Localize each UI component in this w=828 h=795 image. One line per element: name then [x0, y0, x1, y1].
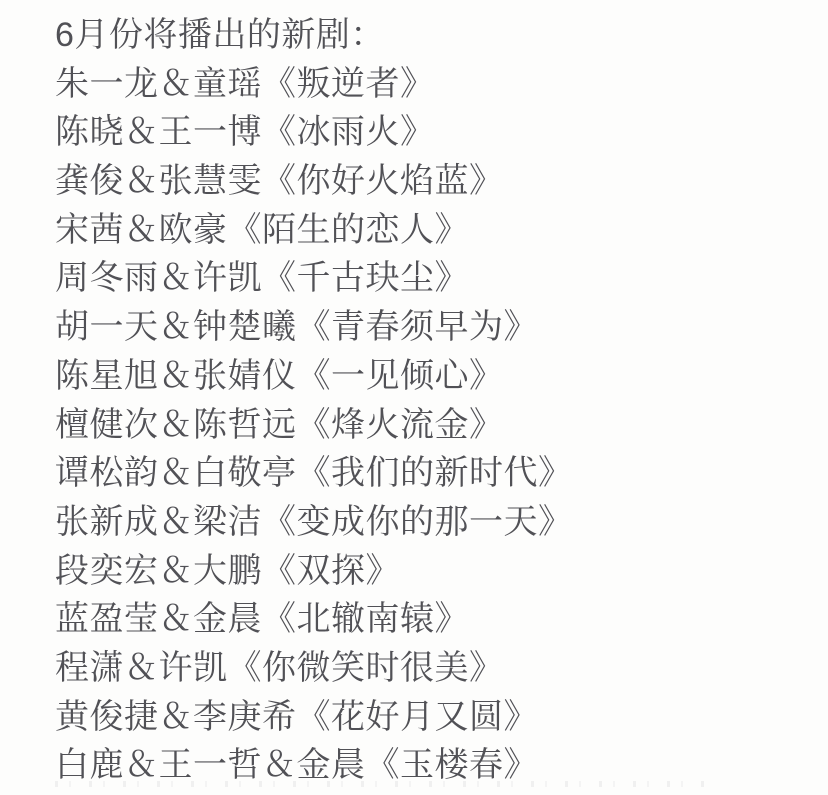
- cast-names: 宋茜＆欧豪: [55, 211, 228, 249]
- drama-title: 《变成你的那一天》: [262, 503, 573, 541]
- drama-title: 《千古玦尘》: [262, 259, 469, 297]
- drama-list-item: 程潇＆许凯《你微笑时很美》: [55, 644, 808, 693]
- list-heading: 6月份将播出的新剧：: [55, 11, 808, 60]
- drama-list-item: 张新成＆梁洁《变成你的那一天》: [55, 498, 808, 547]
- drama-title: 《一见倾心》: [297, 357, 504, 395]
- drama-title: 《青春须早为》: [297, 308, 539, 346]
- cast-names: 龚俊＆张慧雯: [55, 162, 262, 200]
- drama-list-item: 陈晓＆王一博《冰雨火》: [55, 108, 808, 157]
- drama-title: 《陌生的恋人》: [228, 211, 470, 249]
- drama-list-item: 胡一天＆钟楚曦《青春须早为》: [55, 303, 808, 352]
- cast-names: 朱一龙＆童瑶: [55, 65, 262, 103]
- drama-title: 《烽火流金》: [297, 406, 504, 444]
- cast-names: 段奕宏＆大鹏: [55, 552, 262, 590]
- cast-names: 周冬雨＆许凯: [55, 259, 262, 297]
- drama-list-item: 陈星旭＆张婧仪《一见倾心》: [55, 352, 808, 401]
- drama-list-item: 周冬雨＆许凯《千古玦尘》: [55, 254, 808, 303]
- drama-title: 《你好火焰蓝》: [262, 162, 504, 200]
- drama-list-item: 谭松韵＆白敬亭《我们的新时代》: [55, 449, 808, 498]
- drama-title: 《北辙南辕》: [262, 600, 469, 638]
- drama-list-item: 黄俊捷＆李庚希《花好月又圆》: [55, 693, 808, 742]
- cast-names: 蓝盈莹＆金晨: [55, 600, 262, 638]
- drama-title: 《叛逆者》: [262, 65, 435, 103]
- drama-list-item: 宋茜＆欧豪《陌生的恋人》: [55, 206, 808, 255]
- cast-names: 谭松韵＆白敬亭: [55, 454, 297, 492]
- cast-names: 程潇＆许凯: [55, 649, 228, 687]
- heading-text: 6月份将播出的新剧：: [55, 16, 385, 54]
- drama-list-item: 朱一龙＆童瑶《叛逆者》: [55, 60, 808, 109]
- cast-names: 陈星旭＆张婧仪: [55, 357, 297, 395]
- drama-list-item: 段奕宏＆大鹏《双探》: [55, 547, 808, 596]
- drama-title: 《花好月又圆》: [297, 698, 539, 736]
- cast-names: 檀健次＆陈哲远: [55, 406, 297, 444]
- drama-list-item: 龚俊＆张慧雯《你好火焰蓝》: [55, 157, 808, 206]
- cast-names: 白鹿＆王一哲＆金晨: [55, 746, 366, 784]
- drama-list-item: 蓝盈莹＆金晨《北辙南辕》: [55, 595, 808, 644]
- cast-names: 陈晓＆王一博: [55, 113, 262, 151]
- cast-names: 张新成＆梁洁: [55, 503, 262, 541]
- drama-announcement-page: 6月份将播出的新剧： 朱一龙＆童瑶《叛逆者》 陈晓＆王一博《冰雨火》 龚俊＆张慧…: [0, 0, 828, 795]
- cast-names: 黄俊捷＆李庚希: [55, 698, 297, 736]
- drama-title: 《我们的新时代》: [297, 454, 573, 492]
- drama-list-item: 檀健次＆陈哲远《烽火流金》: [55, 401, 808, 450]
- drama-title: 《你微笑时很美》: [228, 649, 504, 687]
- cast-names: 胡一天＆钟楚曦: [55, 308, 297, 346]
- drama-title: 《冰雨火》: [262, 113, 435, 151]
- drama-title: 《玉楼春》: [366, 746, 539, 784]
- drama-title: 《双探》: [262, 552, 400, 590]
